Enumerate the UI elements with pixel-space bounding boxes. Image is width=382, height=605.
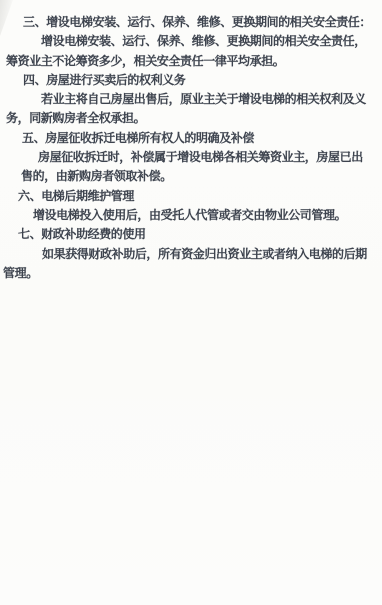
paragraph-line: 务，同新购房者全权承担。: [6, 109, 382, 128]
paragraph-line: 若业主将自己房屋出售后，原业主关于增设电梯的相关权利及义: [41, 90, 382, 109]
section-heading: 六、电梯后期维护管理: [18, 187, 382, 206]
paragraph-line: 增设电梯投入使用后，由受托人代管或者交由物业公司管理。: [33, 206, 382, 225]
paragraph-line: 增设电梯安装、运行、保养、维修、更换期间的相关安全责任，: [41, 32, 382, 51]
paragraph-line: 如果获得财政补助后，所有资金归出资业主或者纳入电梯的后期: [42, 245, 382, 264]
section-heading: 七、财政补助经费的使用: [18, 225, 382, 244]
paragraph-line: 管理。: [3, 264, 382, 283]
section-heading: 四、房屋进行买卖后的权利义务: [23, 71, 382, 90]
section-heading: 五、房屋征收拆迁电梯所有权人的明确及补偿: [22, 129, 382, 148]
section-heading: 三、增设电梯安装、运行、保养、维修、更换期间的相关安全责任：: [23, 13, 382, 32]
paragraph-line: 房屋征收拆迁时，补偿属于增设电梯各相关筹资业主，房屋已出: [38, 148, 382, 167]
paragraph-line: 售的，由新购房者领取补偿。: [21, 167, 382, 186]
document-text: 三、增设电梯安装、运行、保养、维修、更换期间的相关安全责任：增设电梯安装、运行、…: [0, 0, 382, 283]
document-page: 三、增设电梯安装、运行、保养、维修、更换期间的相关安全责任：增设电梯安装、运行、…: [0, 0, 382, 605]
paragraph-line: 筹资业主不论筹资多少，相关安全责任一律平均承担。: [6, 52, 382, 71]
